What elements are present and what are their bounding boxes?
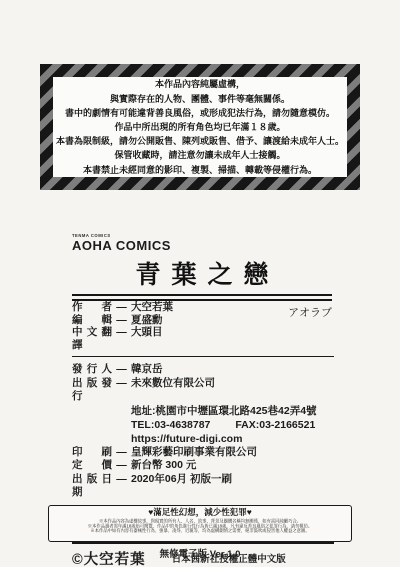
issuer-label: 出版發行 [72,377,112,404]
warning-line: 書中的劇情有可能違背善良風俗，或形成犯法行為，請勿隨意模仿。 [56,106,344,120]
publisher-value: 韓京岳 [131,363,334,377]
printer-row: 印刷 — 皇輝彩藝印刷事業有限公司 [72,446,334,460]
credit-label: 中文翻譯 [72,326,112,351]
credit-row-author: 作者 — 大空若葉 [72,301,334,314]
separator-dash: — [112,473,131,500]
separator-dash: — [112,377,131,404]
printer-value: 皇輝彩藝印刷事業有限公司 [131,446,334,460]
credit-label: 編輯 [72,314,112,327]
separator-dash: — [112,446,131,460]
pubdate-label: 出版日期 [72,473,112,500]
price-row: 定價 — 新台幣 300 元 [72,459,334,473]
adult-notice-box: ♥滿足性幻想，減少性犯罪♥ ※本作品內容為虛構故事，與現實的所有人、人名、故事、… [48,505,352,542]
warning-text-panel: 本作品內容純屬虛構， 與實際存在的人物、團體、事件等毫無關係。 書中的劇情有可能… [53,77,347,177]
title-divider [72,294,332,301]
notice-slogan: ♥滿足性幻想，減少性犯罪♥ [49,507,351,518]
credit-label: 作者 [72,301,112,314]
separator-dash: — [112,326,131,351]
credit-row-translator: 中文翻譯 — 大頭目 [72,326,334,351]
separator-dash: — [112,301,131,314]
price-value: 新台幣 300 元 [131,459,334,473]
imprint-small-label: TENMA COMICS [72,234,207,237]
publisher-fax: FAX:03-2166521 [235,419,315,431]
pubdate-value: 2020年06月 初版一刷 [131,473,334,500]
fine-print-line: ※本作品中如有內容有器械性行為、強暴、凌辱、近親等，均為虛構劇情之需要，絕非鼓吹… [49,528,351,533]
price-label: 定價 [72,459,112,473]
issuer-value: 未來數位有限公司 [131,377,334,404]
pubdate-row: 出版日期 — 2020年06月 初版一刷 [72,473,334,500]
section-divider [72,356,334,357]
book-title: 青葉之戀 [72,255,332,291]
notice-fine-print: ※本作品內容為虛構故事，與現實的所有人、人名、故事、背景及團體名稱均無關係，如有… [49,519,351,533]
restricted-warning-box: 本作品內容純屬虛構， 與實際存在的人物、團體、事件等毫無關係。 書中的劇情有可能… [40,64,360,190]
edition-version: 無修電子版 Ver 1.0 [0,546,400,560]
credit-value: 大空若葉 [131,301,334,314]
issuer-row: 出版發行 — 未來數位有限公司 [72,377,334,404]
publisher-label: 發行人 [72,363,112,377]
warning-line: 與實際存在的人物、團體、事件等毫無關係。 [56,92,344,106]
warning-line: 本作品內容純屬虛構， [56,77,344,91]
warning-line: 本書禁止未經同意的影印、複製、掃描、轉載等侵權行為。 [56,163,344,177]
publisher-tel: TEL:03-4638787 [131,419,210,431]
credit-value: 夏盛勳 [131,314,334,327]
publisher-row: 發行人 — 韓京岳 [72,363,334,377]
printer-label: 印刷 [72,446,112,460]
publisher-contact: TEL:03-4638787 FAX:03-2166521 [131,418,334,432]
separator-dash: — [112,459,131,473]
publisher-address: 地址:桃園市中壢區環北路425巷42弄4號 [131,404,334,418]
credit-row-editor: 編輯 — 夏盛勳 [72,314,334,327]
imprint-label: AOHA COMICS [72,238,332,253]
warning-line: 本書為限制級，請勿公開販售、陳列或販售、借予、讓渡給未成年人士。 [56,134,344,148]
publisher-website[interactable]: https://future-digi.com [131,432,334,446]
warning-line: 作品中所出現的所有角色均已年滿１８歲。 [56,120,344,134]
credit-value: 大頭目 [131,326,334,351]
separator-dash: — [112,363,131,377]
warning-line: 保管收藏時，請注意勿讓未成年人士接觸。 [56,148,344,162]
separator-dash: — [112,314,131,327]
